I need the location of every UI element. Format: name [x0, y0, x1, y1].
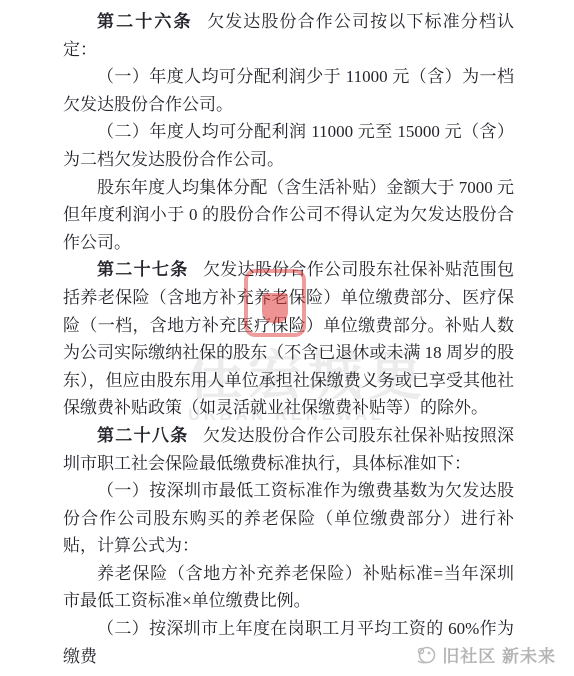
paragraph-text: 养老保险（含地方补充养老保险）补贴标准=当年深圳市最低工资标准×单位缴费比例。	[63, 564, 514, 611]
paragraph-text: 欠发达股份合作公司股东社保补贴范围包括养老保险（含地方补充养老保险）单位缴费部分…	[63, 260, 514, 417]
paragraph-text: （二）年度人均可分配利润 11000 元至 15000 元（含）为二档欠发达股份…	[63, 122, 514, 169]
document-page: 佳宏城更 URBAN RENEWAL 第二十六条欠发达股份合作公司按以下标准分档…	[0, 0, 574, 676]
document-paragraph: 股东年度人均集体分配（含生活补贴）金额大于 7000 元但年度利润小于 0 的股…	[63, 174, 514, 257]
paragraph-text: 股东年度人均集体分配（含生活补贴）金额大于 7000 元但年度利润小于 0 的股…	[63, 178, 514, 252]
paragraph-text: （一）年度人均可分配利润少于 11000 元（含）为一档欠发达股份合作公司。	[63, 67, 514, 114]
footer-logo: 旧社区 新未来	[415, 642, 556, 667]
document-paragraph: （一）按深圳市最低工资标准作为缴费基数为欠发达股份合作公司股东购买的养老保险（单…	[63, 477, 514, 560]
article-number: 第二十八条	[97, 426, 189, 445]
article-number: 第二十七条	[97, 260, 189, 279]
document-paragraph: 第二十七条欠发达股份合作公司股东社保补贴范围包括养老保险（含地方补充养老保险）单…	[63, 256, 514, 422]
document-paragraph: 第二十六条欠发达股份合作公司按以下标准分档认定：	[63, 8, 514, 63]
footer-logo-icon	[415, 645, 437, 665]
document-paragraph: （二）年度人均可分配利润 11000 元至 15000 元（含）为二档欠发达股份…	[63, 118, 514, 173]
document-paragraph: （一）年度人均可分配利润少于 11000 元（含）为一档欠发达股份合作公司。	[63, 63, 514, 118]
document-paragraph: 养老保险（含地方补充养老保险）补贴标准=当年深圳市最低工资标准×单位缴费比例。	[63, 560, 514, 615]
paragraph-text: （一）按深圳市最低工资标准作为缴费基数为欠发达股份合作公司股东购买的养老保险（单…	[63, 481, 514, 555]
document-body: 第二十六条欠发达股份合作公司按以下标准分档认定： （一）年度人均可分配利润少于 …	[63, 8, 514, 670]
footer-logo-text: 旧社区 新未来	[442, 642, 556, 667]
document-paragraph: 第二十八条欠发达股份合作公司股东社保补贴按照深圳市职工社会保险最低缴费标准执行，…	[63, 422, 514, 477]
article-number: 第二十六条	[97, 12, 193, 31]
